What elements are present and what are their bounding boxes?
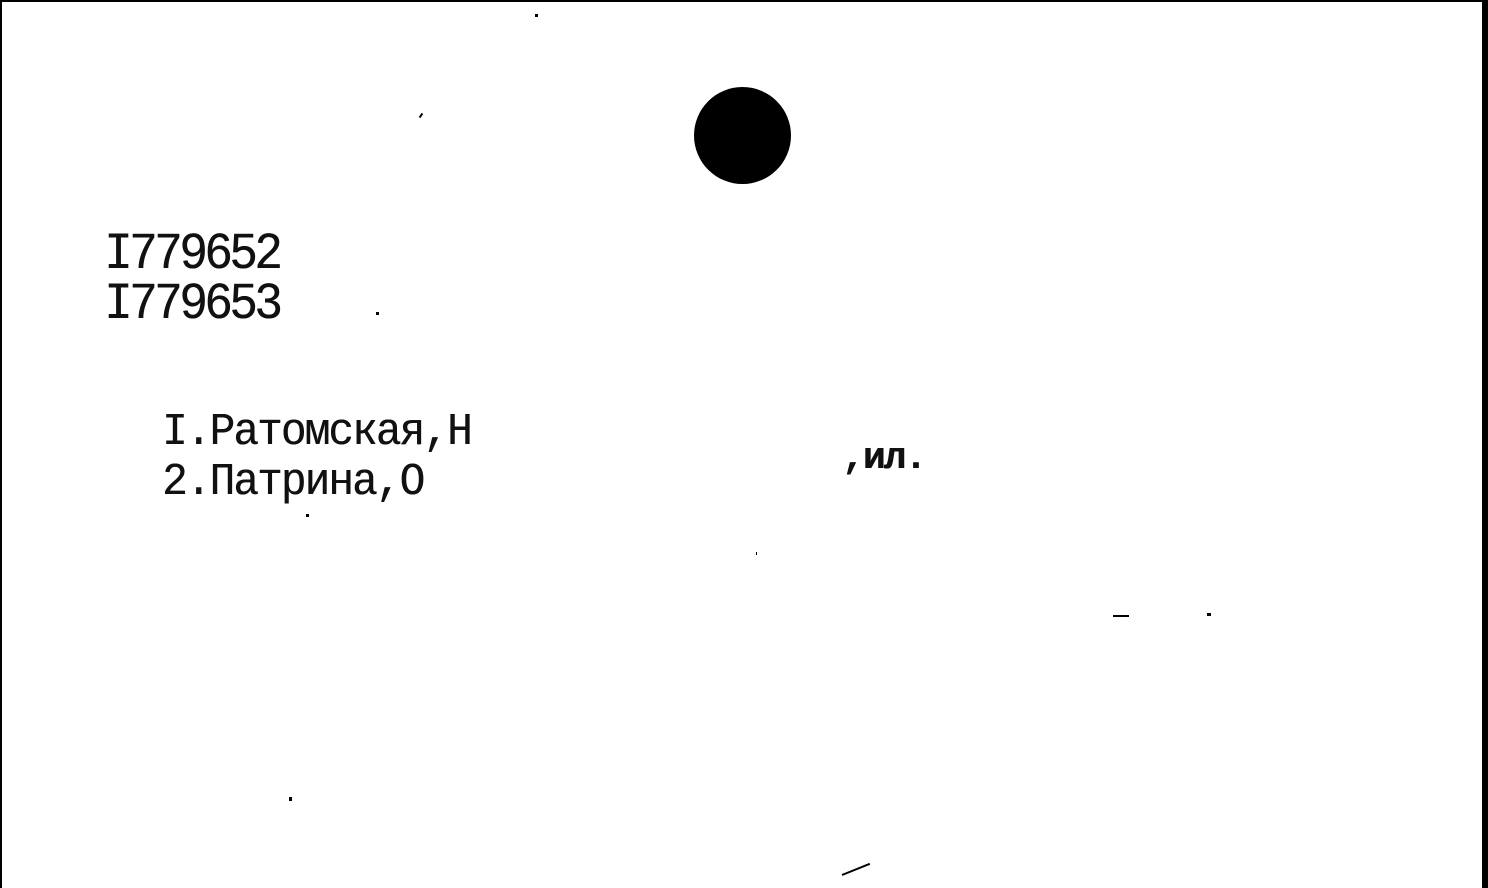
scan-speck — [376, 312, 379, 315]
scan-speck — [1113, 615, 1129, 617]
scan-speck — [289, 797, 292, 801]
catalog-card: I779652 I779653 I.Ратомская,Н 2.Патрина,… — [0, 0, 1488, 888]
scan-speck — [842, 863, 871, 876]
card-edge-left — [0, 0, 2, 888]
accession-number-1: I779652 — [104, 229, 279, 281]
accession-number-2: I779653 — [104, 279, 279, 331]
scan-speck — [306, 514, 309, 517]
scan-speck — [535, 14, 538, 17]
punch-hole-icon — [694, 87, 791, 184]
scan-speck — [756, 552, 757, 555]
scan-speck — [419, 113, 424, 118]
entry-line-2: 2.Патрина,О — [162, 460, 423, 505]
card-edge-top — [0, 0, 1488, 2]
scan-speck — [1207, 613, 1211, 616]
card-edge-right — [1482, 0, 1488, 888]
entry-line-1: I.Ратомская,Н — [162, 410, 471, 455]
illustrations-note: ,ил. — [842, 440, 925, 478]
